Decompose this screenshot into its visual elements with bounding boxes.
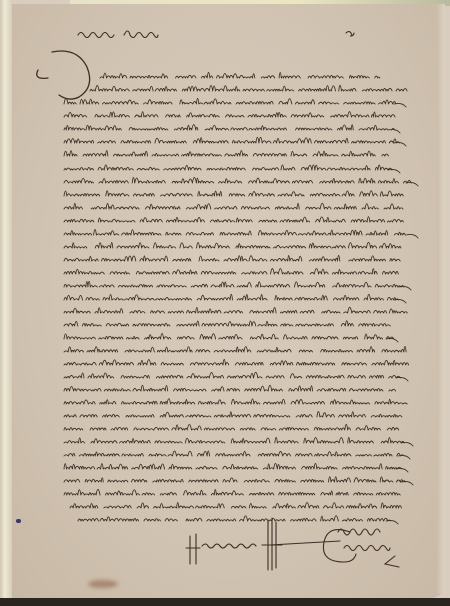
text-line xyxy=(64,191,403,196)
text-line xyxy=(64,372,408,381)
text-line xyxy=(64,150,388,156)
text-line xyxy=(100,72,380,78)
text-line xyxy=(64,203,403,209)
text-line xyxy=(64,269,398,275)
text-line xyxy=(64,359,409,365)
text-line xyxy=(64,137,406,146)
text-line xyxy=(64,424,399,430)
decorated-initial xyxy=(37,51,90,99)
text-line xyxy=(64,451,410,459)
handwriting-layer xyxy=(0,0,450,606)
text-line xyxy=(64,230,418,239)
text-line xyxy=(78,516,398,524)
text-line xyxy=(64,346,406,352)
text-line xyxy=(70,502,402,508)
text-line xyxy=(64,242,401,248)
text-line xyxy=(64,385,396,391)
text-line xyxy=(64,255,400,261)
page-header xyxy=(78,31,354,38)
text-line xyxy=(64,463,408,472)
text-line xyxy=(64,281,411,290)
text-line xyxy=(64,489,400,495)
text-line xyxy=(64,112,395,117)
manuscript-text-lines xyxy=(64,72,418,524)
text-line xyxy=(64,333,398,342)
text-line xyxy=(64,412,402,418)
text-line xyxy=(64,307,407,313)
text-line xyxy=(64,294,406,303)
text-line xyxy=(64,217,403,222)
signatures xyxy=(186,518,399,570)
text-line xyxy=(64,125,400,133)
text-line xyxy=(90,85,407,91)
text-line xyxy=(64,98,406,107)
text-line xyxy=(64,437,413,446)
text-line xyxy=(64,321,390,326)
text-line xyxy=(64,165,400,173)
text-line xyxy=(64,399,407,404)
text-line xyxy=(64,477,413,485)
text-line xyxy=(64,177,418,186)
